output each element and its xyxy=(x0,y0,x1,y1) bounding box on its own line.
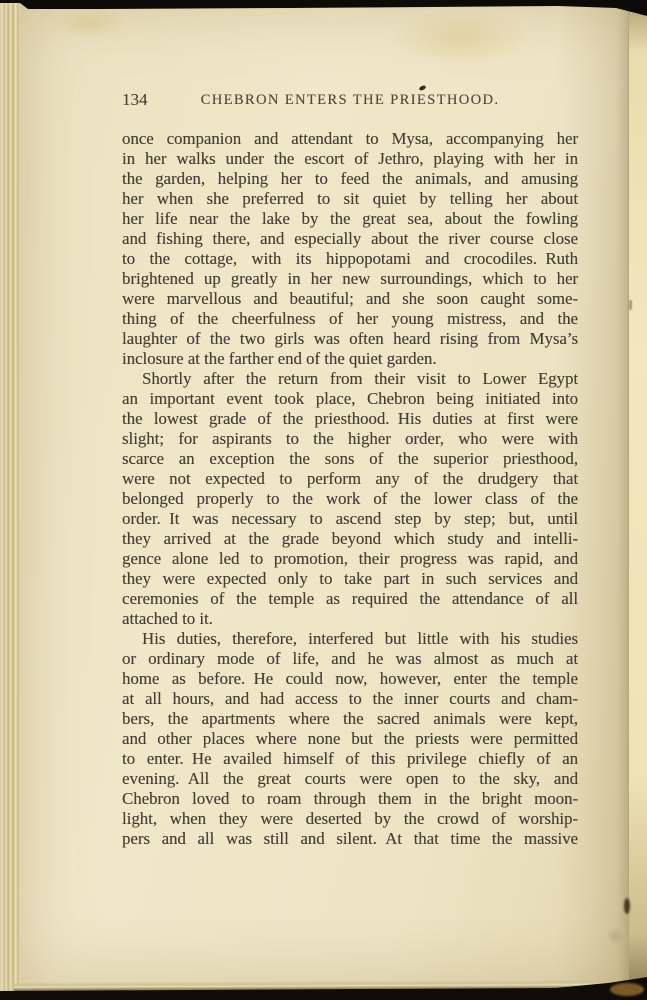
text-line: at all hours, and had access to the inne… xyxy=(122,689,578,709)
page-fore-edge xyxy=(628,3,647,992)
text-line: home as before. He could now, however, e… xyxy=(122,669,578,689)
text-line: and fishing there, and especially about … xyxy=(122,229,578,249)
text-line: they arrived at the grade beyond which s… xyxy=(122,529,578,549)
text-line: light, when they were deserted by the cr… xyxy=(122,809,578,829)
text-line: they were expected only to take part in … xyxy=(122,569,578,589)
binding-corner-detail xyxy=(610,983,644,996)
text-line: pers and all was still and silent. At th… xyxy=(122,829,578,849)
text-line: her when she preferred to sit quiet by t… xyxy=(122,189,578,209)
running-header-title: CHEBRON ENTERS THE PRIESTHOOD. xyxy=(122,90,578,109)
text-line: laughter of the two girls was often hear… xyxy=(122,329,578,349)
text-line: thing of the cheerfulness of her young m… xyxy=(122,309,578,329)
text-line: scarce an exception the sons of the supe… xyxy=(122,449,578,469)
text-line: her life near the lake by the great sea,… xyxy=(122,209,578,229)
text-line: in her walks under the escort of Jethro,… xyxy=(122,149,578,169)
text-line: to the cottage, with its hippopotami and… xyxy=(122,249,578,269)
text-line: to enter. He availed himself of this pri… xyxy=(122,749,578,769)
text-line: evening. All the great courts were open … xyxy=(122,769,578,789)
paper-stain xyxy=(56,5,126,39)
text-line: inclosure at the farther end of the quie… xyxy=(122,349,578,369)
paper-stain xyxy=(390,9,530,67)
text-line: or ordinary mode of life, and he was alm… xyxy=(122,649,578,669)
text-line: bers, the apartments where the sacred an… xyxy=(122,709,578,729)
text-line: an important event took place, Chebron b… xyxy=(122,389,578,409)
text-line: were not expected to perform any of the … xyxy=(122,469,578,489)
text-line: gence alone led to promotion, their prog… xyxy=(122,549,578,569)
running-head-row: 134 CHEBRON ENTERS THE PRIESTHOOD. xyxy=(122,90,578,112)
text-line: belonged properly to the work of the low… xyxy=(122,489,578,509)
text-line: Chebron loved to roam through them in th… xyxy=(122,789,578,809)
text-line: and other places where none but the prie… xyxy=(122,729,578,749)
text-line: Shortly after the return from their visi… xyxy=(122,369,578,389)
text-line: the lowest grade of the priesthood. His … xyxy=(122,409,578,429)
text-line: ceremonies of the temple as required the… xyxy=(122,589,578,609)
page-edge-blot xyxy=(624,898,630,914)
text-line: order. It was necessary to ascend step b… xyxy=(122,509,578,529)
text-line: were marvellous and beautiful; and she s… xyxy=(122,289,578,309)
text-body: once companion and attendant to Mysa, ac… xyxy=(122,129,578,849)
text-line: brightened up greatly in her new surroun… xyxy=(122,269,578,289)
text-line: once companion and attendant to Mysa, ac… xyxy=(122,129,578,149)
text-line: slight; for aspirants to the higher orde… xyxy=(122,429,578,449)
text-line: His duties, therefore, interfered but li… xyxy=(122,629,578,649)
page-number: 134 xyxy=(122,90,148,110)
text-line: attached to it. xyxy=(122,609,578,629)
scanned-book-page-photo: 134 CHEBRON ENTERS THE PRIESTHOOD. once … xyxy=(0,0,647,1000)
text-line: the garden, helping her to feed the anim… xyxy=(122,169,578,189)
page-edge-nick xyxy=(629,300,632,310)
